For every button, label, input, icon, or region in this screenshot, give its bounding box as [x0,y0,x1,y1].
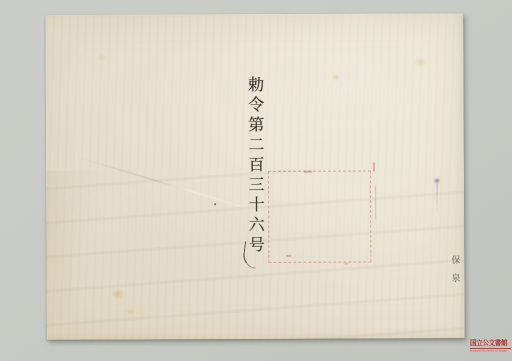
side-annotation-marks: 保泉 [448,255,461,291]
stamp-bleed-fleck [375,185,376,219]
purple-ink-streak [436,183,438,213]
paper-sheet: 勅令第二百三十六号 保泉 [45,13,464,340]
age-stain [411,55,429,69]
age-stain [108,287,127,302]
stamp-bleed-fleck [373,162,375,171]
age-stain [125,307,137,317]
stamp-bleed-fleck [344,263,348,265]
ink-speck [214,203,216,205]
archives-watermark-english: National Archives of Japan [470,349,502,352]
ink-speck [258,164,259,165]
paper-crease [75,155,268,215]
stamp-bleed-outline [268,170,371,262]
stamp-bleed-fleck [286,255,291,257]
stamp-bleed-fleck [304,171,312,173]
age-stain [330,72,343,83]
age-stain [95,53,107,63]
scanned-document-view: 勅令第二百三十六号 保泉 国立公文書館 National Archives of… [0,0,512,361]
archives-watermark: 国立公文書館 National Archives of Japan [470,340,511,353]
